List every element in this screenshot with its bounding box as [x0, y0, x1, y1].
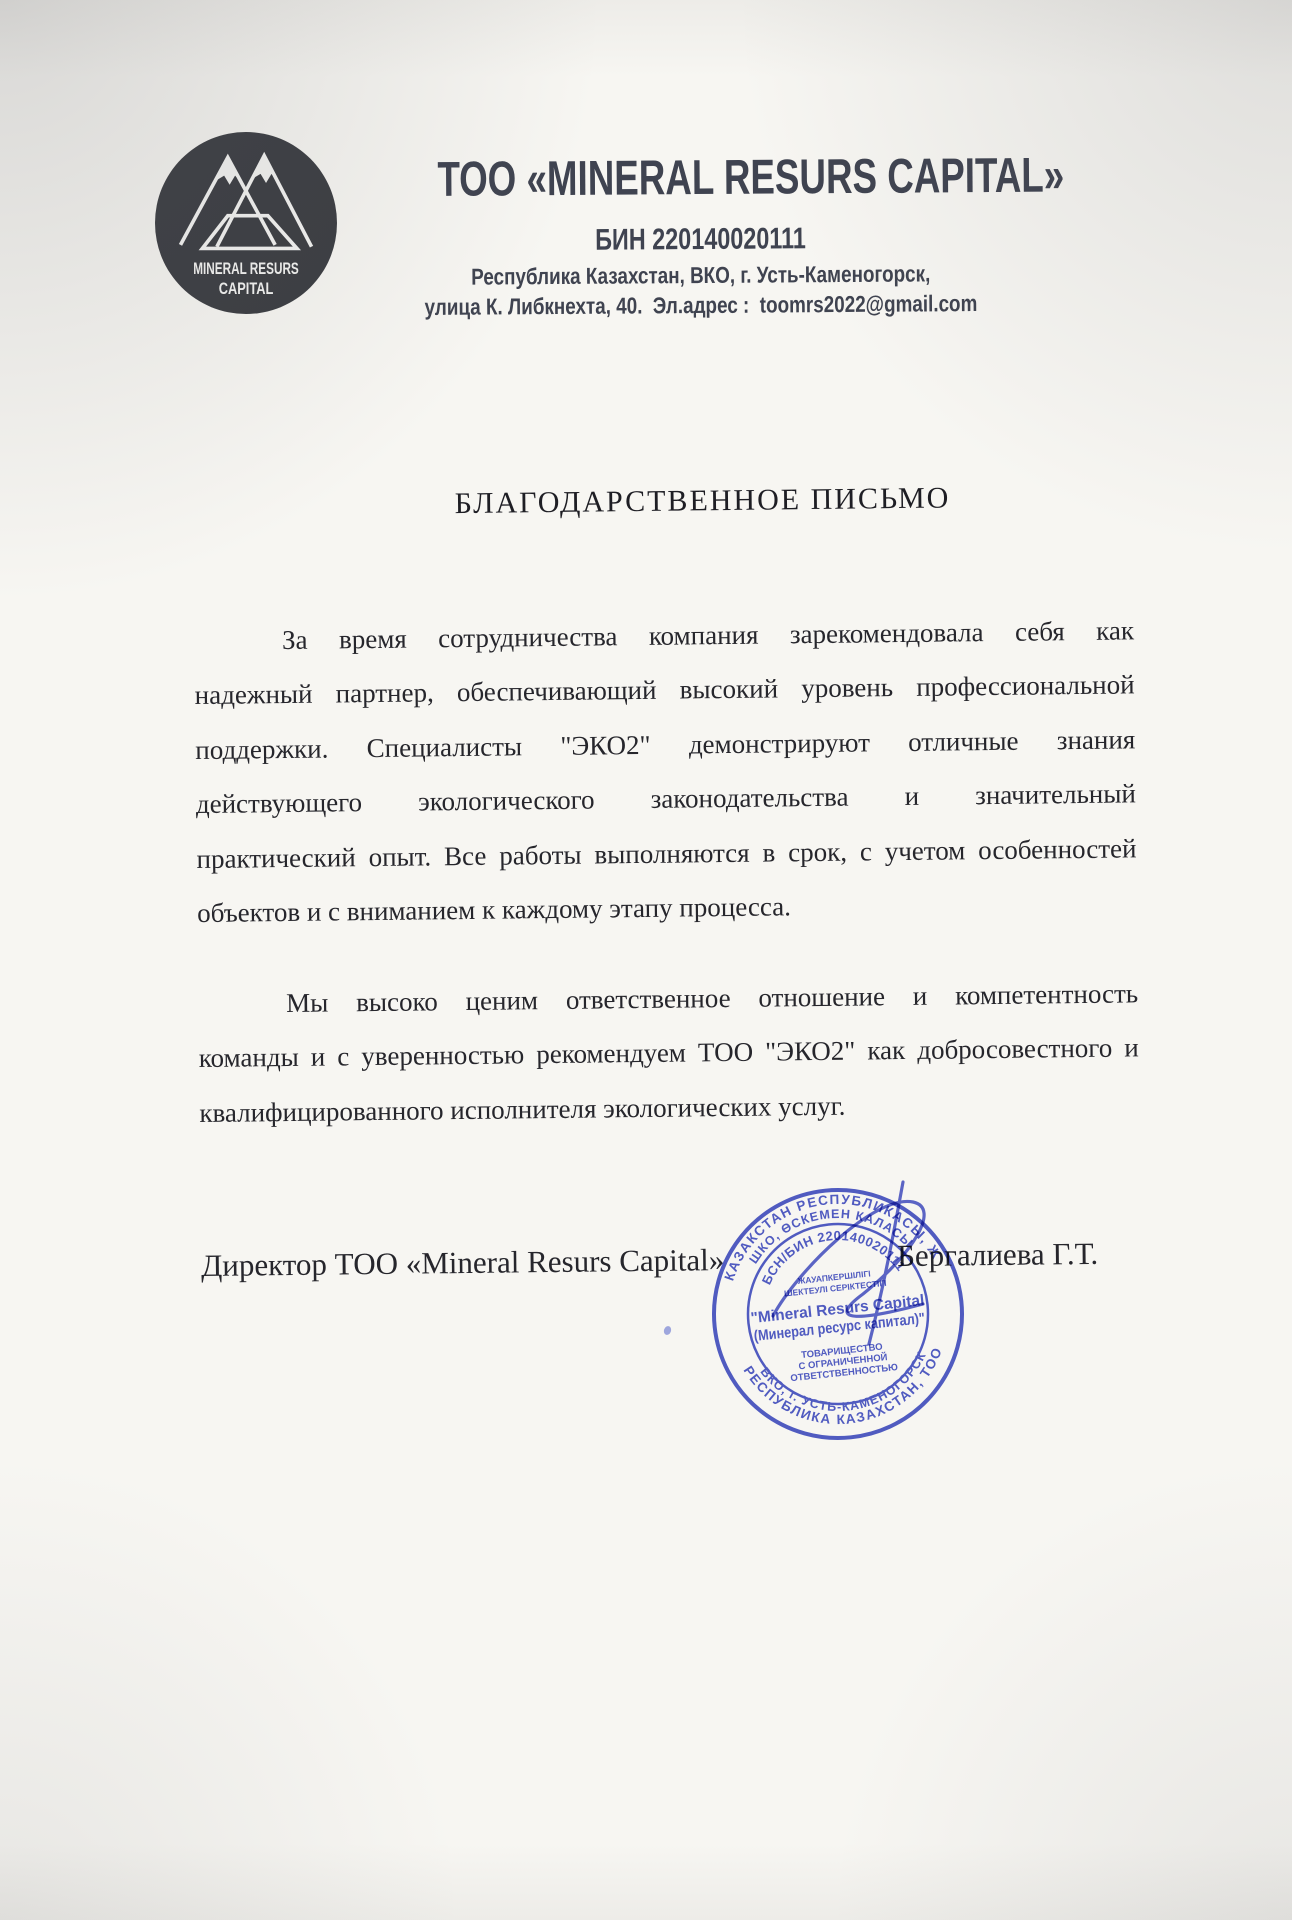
- paragraph-line: квалифицированного исполнителя экологиче…: [199, 1075, 1140, 1140]
- letter-page: MINERAL RESURS CAPITAL ТОО «MINERAL RESU…: [0, 0, 1292, 1920]
- paragraph-line: команды и с уверенностью рекомендуем ТОО…: [198, 1021, 1139, 1086]
- paragraph-line: практический опыт. Все работы выполняютс…: [196, 821, 1137, 886]
- paragraph-1: За время сотрудничества компания зареком…: [194, 603, 1138, 940]
- letter-content: БЛАГОДАРСТВЕННОЕ ПИСЬМО За время сотрудн…: [0, 0, 1292, 1920]
- handwritten-signature: [745, 1176, 975, 1354]
- paragraph-2: Мы высоко ценим ответственное отношение …: [198, 966, 1140, 1140]
- letter-title: БЛАГОДАРСТВЕННОЕ ПИСЬМО: [192, 479, 1132, 524]
- paragraph-line: объектов и с вниманием к каждому этапу п…: [197, 875, 1138, 940]
- signature-label: Директор ТОО «Mineral Resurs Capital»: [201, 1242, 725, 1284]
- paragraph-line: действующего экологического законодатель…: [196, 767, 1137, 832]
